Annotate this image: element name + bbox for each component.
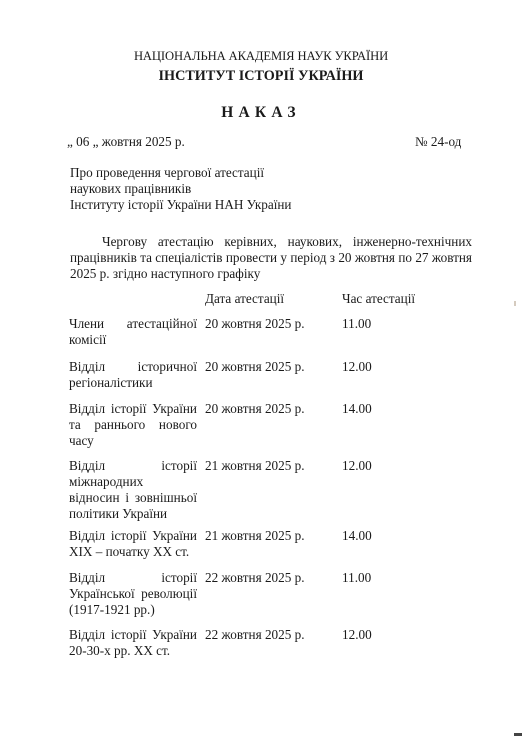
document-title: НАКАЗ: [0, 104, 522, 122]
department-name: Відділ історії України 20-30-х рр. XX ст…: [69, 627, 197, 659]
column-header-time: Час атестації: [342, 291, 415, 307]
attestation-date: 21 жовтня 2025 р.: [205, 458, 305, 474]
attestation-time: 14.00: [342, 401, 372, 417]
attestation-time: 12.00: [342, 359, 372, 375]
department-name: Відділ історії України та раннього новог…: [69, 401, 197, 449]
body-text: Чергову атестацію керівних, наукових, ін…: [70, 234, 472, 281]
attestation-time: 12.00: [342, 458, 372, 474]
subject-line: наукових працівників: [70, 181, 370, 197]
attestation-date: 20 жовтня 2025 р.: [205, 316, 305, 332]
attestation-time: 12.00: [342, 627, 372, 643]
scan-artifact: [514, 733, 522, 736]
institute-name: ІНСТИТУТ ІСТОРІЇ УКРАЇНИ: [0, 68, 522, 85]
order-subject: Про проведення чергової атестації науков…: [70, 165, 370, 213]
scan-artifact: [514, 301, 516, 306]
attestation-date: 20 жовтня 2025 р.: [205, 359, 305, 375]
order-date: „ 06 „ жовтня 2025 р.: [67, 134, 185, 150]
attestation-time: 14.00: [342, 528, 372, 544]
attestation-date: 21 жовтня 2025 р.: [205, 528, 305, 544]
attestation-time: 11.00: [342, 316, 371, 332]
department-name: Відділ історичної регіоналістики: [69, 359, 197, 391]
attestation-time: 11.00: [342, 570, 371, 586]
organization-name: НАЦІОНАЛЬНА АКАДЕМІЯ НАУК УКРАЇНИ: [0, 49, 522, 64]
order-number: № 24-од: [415, 134, 461, 150]
subject-line: Про проведення чергової атестації: [70, 165, 370, 181]
department-name: Відділ історії міжнародних відносин і зо…: [69, 458, 197, 522]
attestation-date: 22 жовтня 2025 р.: [205, 627, 305, 643]
body-paragraph: Чергову атестацію керівних, наукових, ін…: [70, 234, 472, 282]
column-header-date: Дата атестації: [205, 291, 284, 307]
attestation-date: 20 жовтня 2025 р.: [205, 401, 305, 417]
department-name: Члени атестаційної комісії: [69, 316, 197, 348]
subject-line: Інституту історії України НАН України: [70, 197, 370, 213]
attestation-date: 22 жовтня 2025 р.: [205, 570, 305, 586]
department-name: Відділ історії Української революції (19…: [69, 570, 197, 618]
department-name: Відділ історії України XIX – початку XX …: [69, 528, 197, 560]
